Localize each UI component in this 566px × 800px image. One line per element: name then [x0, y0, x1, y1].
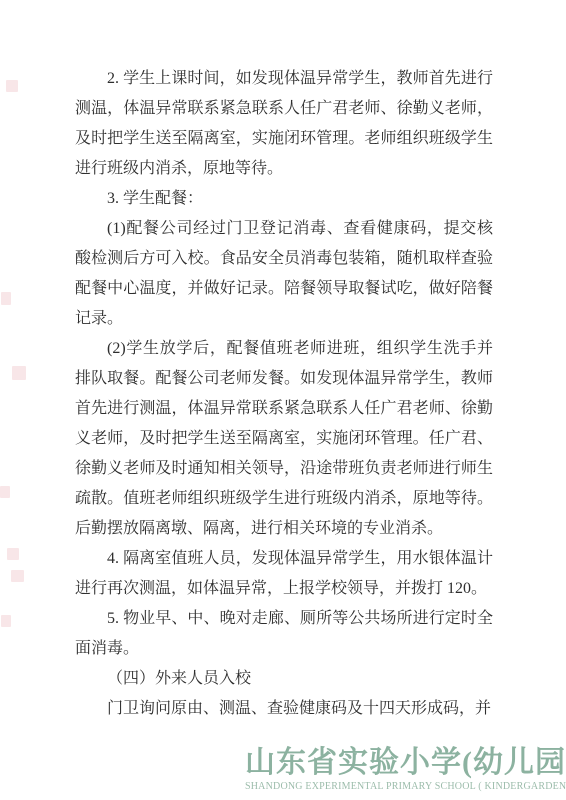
school-name-english: SHANDONG EXPERIMENTAL PRIMARY SCHOOL ( K… [245, 781, 563, 793]
body-paragraph-meal-heading: 3. 学生配餐： [75, 184, 493, 214]
scan-artifact [6, 80, 18, 92]
body-paragraph-property-disinfect: 5. 物业早、中、晚对走廊、厕所等公共场所进行定时全面消毒。 [75, 604, 493, 664]
document-body: 2. 学生上课时间，如发现体温异常学生，教师首先进行测温，体温异常联系紧急联系人… [75, 64, 493, 724]
body-paragraph-students-class-time: 2. 学生上课时间，如发现体温异常学生，教师首先进行测温，体温异常联系紧急联系人… [75, 64, 493, 184]
scan-artifact [11, 570, 24, 582]
body-paragraph-isolation-room: 4. 隔离室值班人员，发现体温异常学生，用水银体温计进行再次测温，如体温异常，上… [75, 544, 493, 604]
school-name-chinese: 山东省实验小学(幼儿园) [245, 745, 563, 781]
body-paragraph-section-four-heading: （四）外来人员入校 [75, 664, 493, 694]
body-paragraph-after-school: (2)学生放学后，配餐值班老师进班，组织学生洗手并排队取餐。配餐公司老师发餐。如… [75, 334, 493, 544]
scan-artifact [12, 366, 26, 380]
scan-artifact [7, 548, 19, 560]
scan-artifact [0, 486, 10, 498]
school-logo: 山东省实验小学(幼儿园) SHANDONG EXPERIMENTAL PRIMA… [245, 745, 563, 793]
scan-artifact [1, 292, 11, 305]
body-paragraph-meal-company: (1)配餐公司经过门卫登记消毒、查看健康码，提交核酸检测后方可入校。食品安全员消… [75, 214, 493, 334]
scan-artifact [1, 615, 11, 627]
document-page: { "page": { "background_color": "#ffffff… [0, 0, 566, 800]
body-paragraph-gate-guard: 门卫询问原由、测温、查验健康码及十四天形成码，并 [75, 694, 493, 724]
